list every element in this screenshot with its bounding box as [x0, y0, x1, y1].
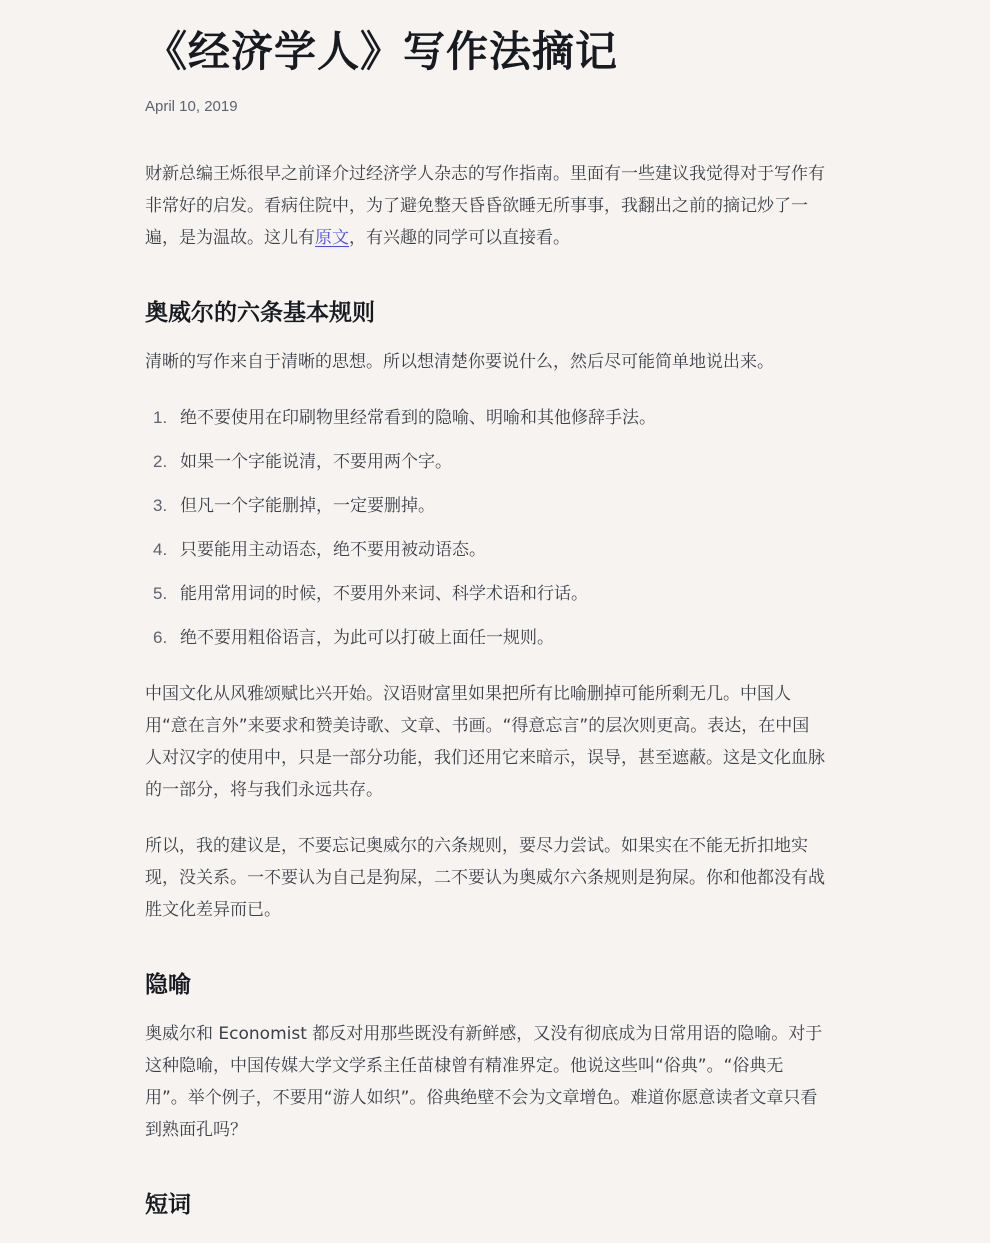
rule-text: 绝不要使用在印刷物里经常看到的隐喻、明喻和其他修辞手法。 — [180, 402, 656, 434]
post-date: April 10, 2019 — [145, 97, 238, 117]
rule-text: 绝不要用粗俗语言，为此可以打破上面任一规则。 — [180, 622, 554, 654]
rule-item-4: 4. 只要能用主动语态，绝不要用被动语态。 — [145, 534, 825, 566]
section-heading-orwell-rules: 奥威尔的六条基本规则 — [145, 297, 375, 329]
rule-number: 3. — [145, 490, 180, 522]
rule-item-1: 1. 绝不要使用在印刷物里经常看到的隐喻、明喻和其他修辞手法。 — [145, 402, 825, 434]
section-heading-metaphor: 隐喻 — [145, 969, 191, 1001]
metaphor-paragraph: 奥威尔和 Economist 都反对用那些既没有新鲜感，又没有彻底成为日常用语的… — [145, 1018, 825, 1146]
rule-number: 1. — [145, 402, 180, 434]
culture-paragraph: 中国文化从风雅颂赋比兴开始。汉语财富里如果把所有比喻删掉可能所剩无几。中国人用“… — [145, 678, 825, 806]
intro-paragraph: 财新总编王烁很早之前译介过经济学人杂志的写作指南。里面有一些建议我觉得对于写作有… — [145, 158, 825, 254]
page-title: 《经济学人》写作法摘记 — [145, 22, 618, 82]
rule-text: 如果一个字能说清，不要用两个字。 — [180, 446, 452, 478]
rule-item-6: 6. 绝不要用粗俗语言，为此可以打破上面任一规则。 — [145, 622, 825, 654]
intro-text-after-link: ，有兴趣的同学可以直接看。 — [349, 228, 570, 248]
rule-item-2: 2. 如果一个字能说清，不要用两个字。 — [145, 446, 825, 478]
original-text-link[interactable]: 原文 — [315, 228, 349, 248]
orwell-rules-list: 1. 绝不要使用在印刷物里经常看到的隐喻、明喻和其他修辞手法。 2. 如果一个字… — [145, 402, 825, 666]
rule-item-3: 3. 但凡一个字能删掉，一定要删掉。 — [145, 490, 825, 522]
rule-text: 但凡一个字能删掉，一定要删掉。 — [180, 490, 435, 522]
rule-number: 5. — [145, 578, 180, 610]
rule-text: 能用常用词的时候，不要用外来词、科学术语和行话。 — [180, 578, 588, 610]
rule-number: 2. — [145, 446, 180, 478]
suggestion-paragraph: 所以，我的建议是，不要忘记奥威尔的六条规则，要尽力尝试。如果实在不能无折扣地实现… — [145, 830, 825, 926]
rule-item-5: 5. 能用常用词的时候，不要用外来词、科学术语和行话。 — [145, 578, 825, 610]
rule-text: 只要能用主动语态，绝不要用被动语态。 — [180, 534, 486, 566]
rule-number: 4. — [145, 534, 180, 566]
orwell-lead-paragraph: 清晰的写作来自于清晰的思想。所以想清楚你要说什么，然后尽可能简单地说出来。 — [145, 346, 825, 378]
section-heading-short-words: 短词 — [145, 1189, 191, 1221]
rule-number: 6. — [145, 622, 180, 654]
